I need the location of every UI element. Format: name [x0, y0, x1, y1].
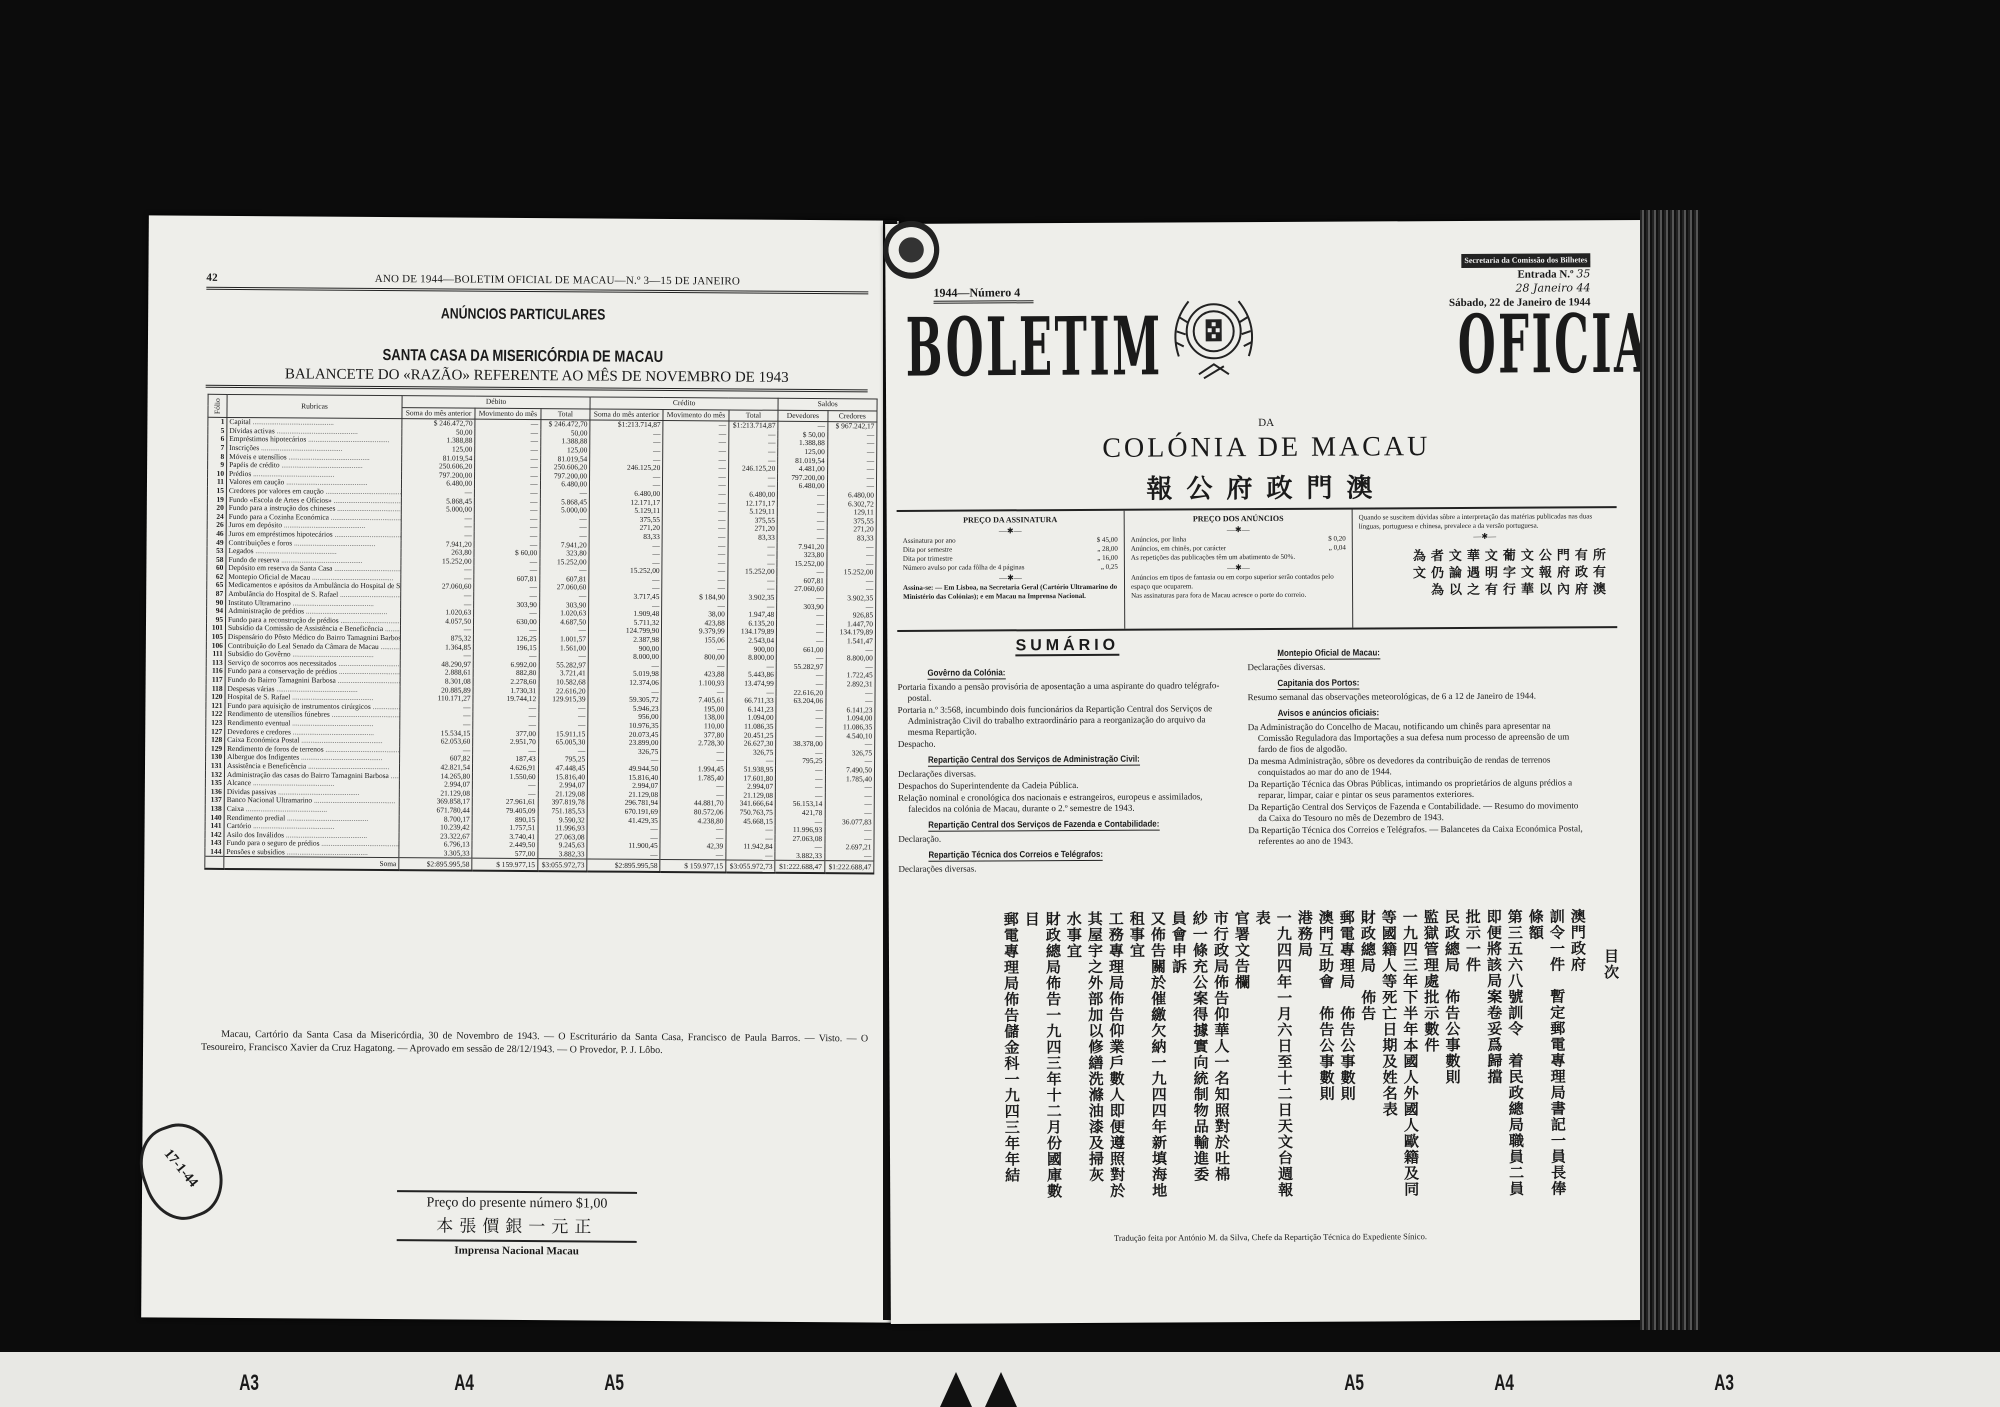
footnote-signatures: Macau, Cartório da Santa Casa da Miseric…: [201, 1028, 868, 1059]
total-label: Soma: [224, 857, 399, 870]
toc-entry: 監獄管理處批示數件: [1420, 909, 1441, 1219]
col-folio: Fólio: [208, 394, 227, 417]
ads-title: PREÇO DOS ANÚNCIOS: [1131, 514, 1346, 524]
ornament-icon: —✱—: [1359, 531, 1611, 541]
amount-cell: —: [824, 852, 873, 861]
toc-entry: 一九四三年下半年本國人外國人歐籍及同: [1399, 909, 1420, 1219]
film-arrow-icon: [985, 1372, 1017, 1407]
col-saldos: Saldos: [778, 398, 877, 410]
toc-entry: 批示一件: [1462, 909, 1483, 1219]
toc-entry: 財政總局佈告一九四三年十二月份國庫數: [1042, 911, 1063, 1221]
ads-note-3: Nas assinaturas para fora de Macau acres…: [1131, 591, 1346, 601]
total-cell: $3:055.972,73: [726, 860, 775, 872]
total-cell: $1:222.688,47: [775, 861, 824, 873]
summary-item: Portaria n.º 3:568, incumbindo dois func…: [898, 703, 1228, 738]
language-note: Quando se suscitem dúvidas sôbre a inter…: [1359, 512, 1611, 531]
date-stamp: 17-1-44: [128, 1113, 234, 1230]
toc-entry: 等國籍人等死亡日期及姓名表: [1378, 909, 1399, 1219]
col-debito-anterior: Soma do mês anterior: [402, 407, 475, 419]
toc-entry: 郵電專理局 佈告公事數則: [1336, 910, 1357, 1220]
printer-name: Imprensa Nacional Macau: [397, 1244, 637, 1258]
toc-heading: 目次: [1600, 908, 1621, 1218]
page-number: 42: [206, 272, 246, 284]
toc-entry: 澳門政府: [1567, 908, 1588, 1218]
price-box: Preço do presente número $1,00 本張價銀一元正 I…: [397, 1187, 637, 1258]
right-page: 1944—Número 4 Secretaria da Comissão dos…: [885, 220, 1651, 1324]
amount-cell: 3.882,33: [538, 850, 587, 859]
summary-item: Despacho.: [898, 737, 1228, 750]
language-note-box: Quando se suscitem dúvidas sôbre a inter…: [1353, 508, 1618, 627]
summary-column-1: Govêrno da Colónia: Portaria fixando a p…: [897, 662, 1228, 876]
masthead-da: DA: [886, 415, 1646, 431]
running-head-text: ANO DE 1944—BOLETIM OFICIAL DE MACAU—N.º…: [246, 272, 868, 288]
film-marker: A4: [454, 1370, 474, 1396]
amount-cell: —: [587, 850, 660, 860]
col-credito-total: Total: [729, 410, 778, 422]
toc-entry: 一九四四年一月六日至十二日天文台週報: [1273, 910, 1294, 1220]
summary-heading: Govêrno da Colónia:: [927, 667, 1005, 679]
summary-heading: Repartição Central dos Serviços de Admin…: [928, 754, 1140, 767]
summary-item: Da mesma Administração, sôbre os devedor…: [1248, 754, 1583, 778]
folio-cell: 144: [205, 848, 224, 857]
col-rubricas: Rubricas: [227, 394, 402, 418]
entrada-label: Entrada N.º: [1517, 268, 1573, 280]
balance-table: Fólio Rubricas Débito Crédito Saldos Som…: [204, 394, 877, 875]
toc-entry: 又佈告關於催繳欠納一九四四年新填海地: [1147, 911, 1168, 1221]
language-note-chinese: 所有門公文葡文華文者為 有政府報文字明遇論仍文 澳府內以華行有之以為: [1359, 546, 1611, 598]
sub-row: Número avulso por cada fôlha de 4 página…: [903, 563, 1118, 573]
toc-entry: 表: [1252, 910, 1273, 1220]
film-background: [0, 0, 2000, 210]
summary-item: Declarações diversas.: [1247, 660, 1582, 673]
toc-entry: 員會申訴: [1168, 910, 1189, 1220]
ads-note-1: As repetições das publicações têm um aba…: [1131, 553, 1346, 563]
price-chinese: 本張價銀一元正: [397, 1211, 637, 1238]
toc-entry: 民政總局 佈告公事數則: [1441, 909, 1462, 1219]
col-devedores: Devedores: [778, 410, 827, 422]
amount-cell: —: [660, 851, 726, 861]
stamp-text: 17-1-44: [151, 1136, 209, 1202]
summary-title: SUMÁRIO: [887, 636, 1247, 656]
toc-entry: 紗一條充公案得據實向統制物品輸進委: [1189, 910, 1210, 1220]
registry-stamp: Secretaria da Comissão dos Bilhetes: [1461, 253, 1590, 268]
summary-heading: Repartição Central dos Serviços de Fazen…: [928, 819, 1159, 832]
ornament-icon: —✱—: [903, 526, 1118, 536]
entrada-number: 35: [1576, 267, 1590, 280]
chinese-title: 澳門政府公報: [886, 466, 1646, 507]
masthead: BOLETIM OFICIAL: [906, 302, 1616, 389]
film-marker: A3: [1714, 1370, 1734, 1396]
left-page: 42 ANO DE 1944—BOLETIM OFICIAL DE MACAU—…: [141, 215, 899, 1322]
amount-cell: 577,00: [472, 850, 538, 860]
colony-name: COLÓNIA DE MACAU: [886, 430, 1646, 466]
toc-entry: 租事宜: [1126, 911, 1147, 1221]
summary-item: Despachos do Superintendente da Cadeia P…: [898, 779, 1228, 792]
summary-item: Relação nominal e cronológica dos nacion…: [898, 791, 1228, 815]
film-marker: A5: [604, 1370, 624, 1396]
coat-of-arms-icon: [1163, 286, 1264, 387]
film-marker: A5: [1344, 1370, 1364, 1396]
toc-entry: 郵電專理局佈告儲金科一九四三年年結: [1000, 911, 1021, 1221]
total-cell: $1:222.688,47: [824, 861, 874, 873]
col-credores: Credores: [828, 410, 878, 422]
total-cell: [205, 857, 224, 869]
toc-entry: 港務局: [1294, 910, 1315, 1220]
toc-entry: 目: [1021, 911, 1042, 1221]
ads-price-box: PREÇO DOS ANÚNCIOS —✱— Anúncios, por lin…: [1125, 510, 1354, 629]
summary-item: Declarações diversas.: [898, 862, 1228, 875]
col-credito-anterior: Soma do mês anterior: [590, 409, 663, 421]
amount-cell: $1:213.714,87: [590, 420, 663, 430]
ornament-icon: —✱—: [1131, 563, 1346, 573]
toc-entry: 第三五六八號訓令 着民政總局職員二員: [1504, 909, 1525, 1219]
summary-item: Resumo semanal das observações meteoroló…: [1248, 690, 1583, 703]
total-cell: $2:895.995,58: [399, 858, 472, 871]
library-stamp-icon: [883, 220, 939, 280]
toc-entry: 澳門互助會 佈告公事數則: [1315, 910, 1336, 1220]
masthead-boletim: BOLETIM: [906, 298, 1163, 395]
handwritten-date: 28 Janeiro 44: [1515, 281, 1590, 294]
total-cell: $3:055.972,73: [537, 859, 586, 871]
amount-cell: 3.305,33: [399, 849, 472, 859]
ornament-icon: —✱—: [1131, 525, 1346, 535]
film-marker: A3: [239, 1370, 259, 1396]
toc-entry: 條額: [1525, 909, 1546, 1219]
summary-item: Da Repartição Técnica das Obras Públicas…: [1248, 777, 1583, 801]
total-cell: $2:895.995,58: [587, 859, 660, 872]
toc-entry: 水事宜: [1063, 911, 1084, 1221]
summary-heading: Capitania dos Portos:: [1278, 678, 1360, 690]
toc-entry: 其屋宇之外部加以修繕洗滌油漆及掃灰: [1084, 911, 1105, 1221]
price-strip: PREÇO DA ASSINATURA —✱— Assinatura por a…: [897, 506, 1618, 632]
col-credito-movimento: Movimento do mês: [663, 409, 729, 421]
org-title: SANTA CASA DA MISERICÓRDIA DE MACAU: [215, 346, 830, 368]
chinese-table-of-contents: 目次澳門政府訓令一件 暫定郵電專理局書記一員長俸條額第三五六八號訓令 着民政總局…: [899, 908, 1621, 1222]
film-marker: A4: [1494, 1370, 1514, 1396]
toc-entry: 官署文告欄: [1231, 910, 1252, 1220]
toc-entry: 工務專理局佈告仰業戶數人即便遵照對於: [1105, 911, 1126, 1221]
rubric-cell: Pensões e subsídios: [224, 848, 399, 858]
summary-heading: Montepio Oficial de Macau:: [1277, 647, 1380, 660]
toc-entry: 即便將該局案卷妥爲歸擋: [1483, 909, 1504, 1219]
summary-item: Declaração.: [898, 832, 1228, 845]
ornament-icon: —✱—: [903, 573, 1118, 583]
running-head: 42 ANO DE 1944—BOLETIM OFICIAL DE MACAU—…: [206, 272, 868, 295]
page-stack-edge: [1640, 210, 1700, 1330]
subscription-box: PREÇO DA ASSINATURA —✱— Assinatura por a…: [897, 511, 1126, 630]
total-cell: $ 159.977,15: [660, 860, 726, 873]
section-title: ANÚNCIOS PARTICULARES: [216, 304, 831, 325]
summary-item: Da Administração do Concelho de Macau, n…: [1248, 720, 1583, 755]
subscription-note: Assina-se: — Em Lisboa, na Secretaria Ge…: [903, 583, 1118, 602]
total-cell: $ 159.977,15: [472, 859, 538, 872]
toc-entry: 訓令一件 暫定郵電專理局書記一員長俸: [1546, 908, 1567, 1218]
table-title: BALANCETE DO «RAZÃO» REFERENTE AO MÊS DE…: [206, 366, 868, 393]
price-text: Preço do presente número $1,00: [397, 1195, 637, 1213]
summary-item: Portaria fixando a pensão provisória de …: [898, 680, 1228, 704]
summary-heading: Repartição Técnica dos Correios e Telégr…: [928, 849, 1103, 862]
translation-credit: Tradução feita por António M. da Silva, …: [890, 1230, 1650, 1244]
film-arrow-icon: [940, 1372, 972, 1407]
ads-note-2: Anúncios em tipos de fantasia ou em corp…: [1131, 573, 1346, 592]
summary-item: Da Repartição Central dos Serviços de Fa…: [1248, 800, 1583, 824]
summary-item: Declarações diversas.: [898, 767, 1228, 780]
summary-heading: Avisos e anúncios oficiais:: [1278, 707, 1379, 720]
amount-cell: —: [726, 851, 775, 860]
summary-column-2: Montepio Oficial de Macau: Declarações d…: [1247, 642, 1583, 848]
col-debito-movimento: Movimento do mês: [475, 408, 541, 420]
toc-entry: 財政總局 佈告: [1357, 909, 1378, 1219]
amount-cell: 3.882,33: [775, 852, 824, 861]
summary-item: Da Repartição Técnica dos Correios e Tel…: [1248, 823, 1583, 847]
toc-entry: 市行政局佈告仰華人一名知照對於吐棉: [1210, 910, 1231, 1220]
subscription-title: PREÇO DA ASSINATURA: [903, 515, 1118, 525]
